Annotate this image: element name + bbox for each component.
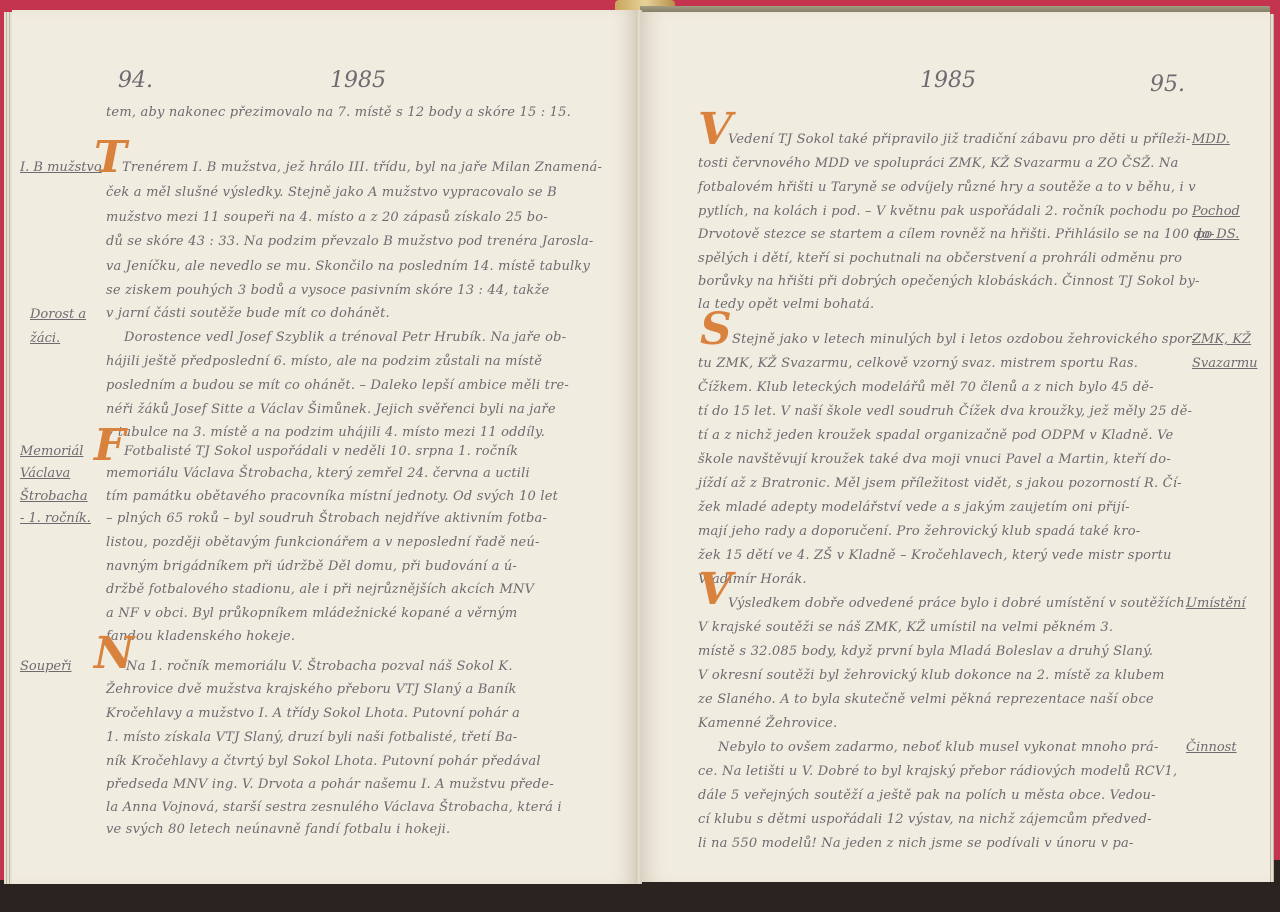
page-year: 1985 xyxy=(330,68,386,93)
text-line: pytlích, na kolách i pod. – V květnu pak… xyxy=(698,204,1188,220)
text-line: Fotbalisté TJ Sokol uspořádali v neděli … xyxy=(124,444,518,460)
right-page: 1985 95. V Vedení TJ Sokol také připravi… xyxy=(640,12,1270,882)
text-line: škole navštěvují kroužek také dva moji v… xyxy=(698,452,1171,468)
text-line: Čížkem. Klub leteckých modelářů měl 70 č… xyxy=(698,380,1154,396)
illuminated-initial: S xyxy=(700,308,732,352)
text-line: žek 15 dětí ve 4. ZŠ v Kladně – Kročehla… xyxy=(698,548,1172,564)
text-line: va Jeníčku, ale nevedlo se mu. Skončilo … xyxy=(106,259,590,275)
margin-note: Dorost a xyxy=(30,307,86,323)
page-number: 95. xyxy=(1150,72,1185,97)
text-line: a NF v obci. Byl průkopníkem mládežnické… xyxy=(106,606,517,622)
text-line: ček a měl slušné výsledky. Stejně jako A… xyxy=(106,185,557,201)
text-line: tí do 15 let. V naší škole vedl soudruh … xyxy=(698,404,1192,420)
table-surface xyxy=(0,884,1280,912)
margin-note: ZMK, KŽ xyxy=(1192,332,1251,348)
text-line: mají jeho rady a doporučení. Pro žehrovi… xyxy=(698,524,1140,540)
text-line: fotbalovém hřišti u Taryně se odvíjely r… xyxy=(698,180,1196,196)
text-line: ze Slaného. A to byla skutečně velmi pěk… xyxy=(698,692,1154,708)
margin-note: Pochod xyxy=(1192,204,1240,220)
text-line: Vedení TJ Sokol také připravilo již trad… xyxy=(728,132,1191,148)
margin-note: žáci. xyxy=(30,331,60,347)
illuminated-initial: F xyxy=(94,424,125,468)
text-line: jíždí až z Bratronic. Měl jsem příležito… xyxy=(698,476,1182,492)
text-line: tím památku obětavého pracovníka místní … xyxy=(106,489,558,505)
text-line: li na 550 modelů! Na jeden z nich jsme s… xyxy=(698,836,1134,852)
margin-note: Činnost xyxy=(1186,740,1237,756)
text-line: Výsledkem dobře odvedené práce bylo i do… xyxy=(728,596,1189,612)
text-line: dále 5 veřejných soutěží a ještě pak na … xyxy=(698,788,1156,804)
text-line: hájili ještě předposlední 6. místo, ale … xyxy=(106,354,542,370)
text-line: 1. místo získala VTJ Slaný, druzí byli n… xyxy=(106,730,517,746)
text-line: cí klubu s dětmi uspořádali 12 výstav, n… xyxy=(698,812,1152,828)
text-line: předseda MNV ing. V. Drvota a pohár naše… xyxy=(106,777,554,793)
margin-note: Svazarmu xyxy=(1192,356,1258,372)
margin-note: Václava xyxy=(20,466,70,482)
page-year: 1985 xyxy=(920,68,976,93)
text-line: ce. Na letišti u V. Dobré to byl krajský… xyxy=(698,764,1177,780)
text-line: Žehrovice dvě mužstva krajského přeboru … xyxy=(106,682,517,698)
text-line: Na 1. ročník memoriálu V. Štrobacha pozv… xyxy=(126,659,513,675)
text-line: – plných 65 roků – byl soudruh Štrobach … xyxy=(106,511,547,527)
text-line: tí a z nichž jeden kroužek spadal organi… xyxy=(698,428,1173,444)
text-line: žek mladé adepty modelářství vede a s ja… xyxy=(698,500,1130,516)
text-line: v tabulce na 3. místě a na podzim uhájil… xyxy=(106,425,545,441)
text-line: listou, později obětavým funkcionářem a … xyxy=(106,535,540,551)
text-line: la Anna Vojnová, starší sestra zesnulého… xyxy=(106,800,562,816)
text-line: memoriálu Václava Štrobacha, který zemře… xyxy=(106,466,530,482)
text-line: v jarní části soutěže bude mít co doháně… xyxy=(106,306,390,322)
text-line: V okresní soutěži byl žehrovický klub do… xyxy=(698,668,1165,684)
text-line: mužstvo mezi 11 soupeři na 4. místo a z … xyxy=(106,210,548,226)
text-line: fandou kladenského hokeje. xyxy=(106,629,295,645)
text-line: dů se skóre 43 : 33. Na podzim převzalo … xyxy=(106,234,594,250)
text-line: Dorostence vedl Josef Szyblik a trénoval… xyxy=(124,330,566,346)
margin-note: Štrobacha xyxy=(20,489,88,505)
page-number: 94. xyxy=(118,68,153,93)
text-line: Stejně jako v letech minulých byl i leto… xyxy=(732,332,1196,348)
text-line: borůvky na hřišti při dobrých opečených … xyxy=(698,274,1200,290)
margin-note: Memoriál xyxy=(20,444,83,460)
margin-note: Umístění xyxy=(1186,596,1246,612)
text-line: Trenérem I. B mužstva, jež hrálo III. tř… xyxy=(122,160,602,176)
text-line: ve svých 80 letech neúnavně fandí fotbal… xyxy=(106,822,450,838)
text-line: Kamenné Žehrovice. xyxy=(698,716,837,732)
text-line: tem, aby nakonec přezimovalo na 7. místě… xyxy=(106,105,571,121)
text-line: držbě fotbalového stadionu, ale i při ne… xyxy=(106,582,534,598)
text-line: Nebylo to ovšem zadarmo, neboť klub muse… xyxy=(718,740,1159,756)
margin-note: po DS. xyxy=(1196,227,1239,243)
margin-note: - 1. ročník. xyxy=(20,511,91,527)
text-line: se ziskem pouhých 3 bodů a vysoce pasivn… xyxy=(106,283,549,299)
text-line: posledním a budou se mít co ohánět. – Da… xyxy=(106,378,569,394)
text-line: ník Kročehlavy a čtvrtý byl Sokol Lhota.… xyxy=(106,754,541,770)
text-line: tu ZMK, KŽ Svazarmu, celkově vzorný svaz… xyxy=(698,356,1138,372)
margin-note: MDD. xyxy=(1192,132,1230,148)
text-line: Drvotově stezce se startem a cílem rovně… xyxy=(698,227,1215,243)
text-line: V krajské soutěži se náš ZMK, KŽ umístil… xyxy=(698,620,1113,636)
text-line: tosti červnového MDD ve spolupráci ZMK, … xyxy=(698,156,1178,172)
text-line: Kročehlavy a mužstvo I. A třídy Sokol Lh… xyxy=(106,706,520,722)
margin-note: I. B mužstvo xyxy=(20,160,102,176)
text-line: navným brigádníkem při údržbě Děl domu, … xyxy=(106,559,517,575)
text-line: spělých i dětí, kteří si pochutnali na o… xyxy=(698,251,1182,267)
text-line: néři žáků Josef Sitte a Václav Šimůnek. … xyxy=(106,402,556,418)
left-page: 94. 1985 tem, aby nakonec přezimovalo na… xyxy=(12,10,638,884)
margin-note: Soupeři xyxy=(20,659,72,675)
text-line: místě s 32.085 body, když první byla Mla… xyxy=(698,644,1153,660)
